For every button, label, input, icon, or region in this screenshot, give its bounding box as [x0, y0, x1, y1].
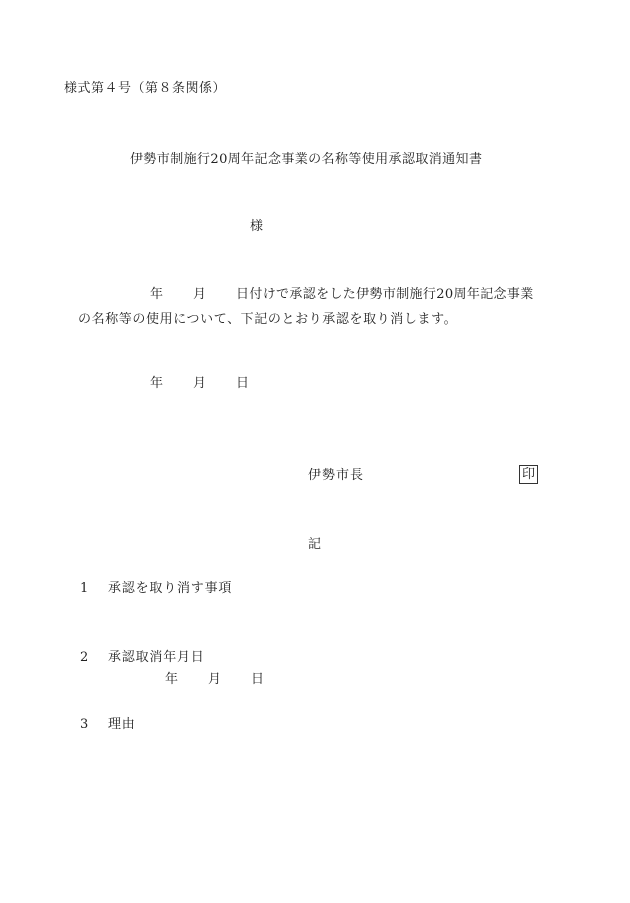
- addressee-suffix: 様: [250, 220, 263, 233]
- ki-heading: 記: [308, 538, 321, 551]
- item-label: 理由: [108, 718, 136, 731]
- issue-date-year: 年: [150, 377, 163, 390]
- item-number: 1: [80, 582, 88, 595]
- seal-box: 印: [519, 465, 538, 484]
- issue-date-month: 月: [193, 377, 206, 390]
- item-number: 2: [80, 651, 88, 664]
- item-date-day: 日: [251, 673, 264, 686]
- item-date-year: 年: [165, 673, 178, 686]
- item-number: 3: [80, 718, 88, 731]
- form-number: 様式第４号（第８条関係）: [64, 82, 226, 95]
- body-line1-text: 日付けで承認をした伊勢市制施行20周年記念事業: [236, 288, 534, 301]
- body-date-year: 年: [150, 288, 163, 301]
- issue-date-day: 日: [236, 377, 249, 390]
- item-label: 承認を取り消す事項: [108, 582, 232, 595]
- item-date-month: 月: [208, 673, 221, 686]
- item-label: 承認取消年月日: [108, 651, 205, 664]
- issuer-name: 伊勢市長: [308, 469, 364, 482]
- document-title: 伊勢市制施行20周年記念事業の名称等使用承認取消通知書: [130, 153, 482, 166]
- body-line2-text: の名称等の使用について、下記のとおり承認を取り消します。: [78, 313, 457, 326]
- body-date-month: 月: [193, 288, 206, 301]
